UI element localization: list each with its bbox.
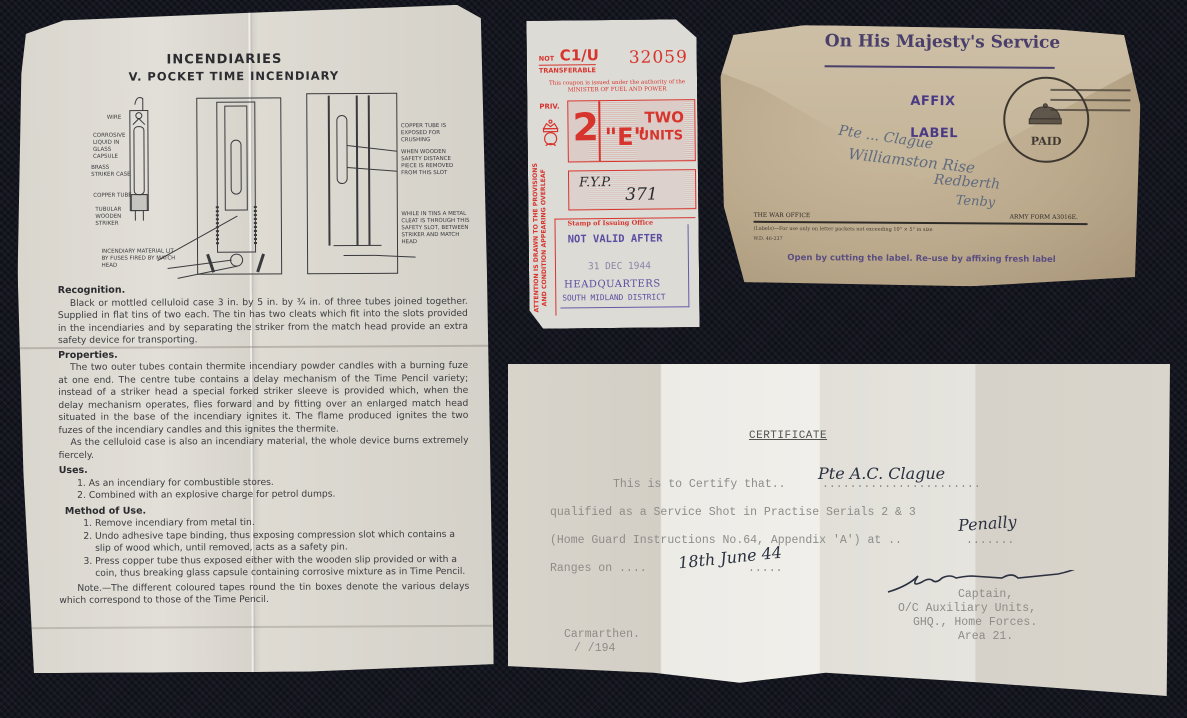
army-form-text: ARMY FORM A3016E. (1010, 214, 1078, 221)
coupon-transferable: TRANSFERABLE (539, 64, 596, 75)
label-wooden-safety: WHEN WOODEN SAFETY DISTANCE PIECE IS REM… (401, 149, 467, 177)
war-office-text: THE WAR OFFICE (754, 212, 811, 219)
affix-text: AFFIX (910, 94, 955, 109)
certificate-title: CERTIFICATE (749, 430, 827, 442)
ranges-line: Ranges on .... (550, 562, 647, 575)
vertical-notice-line-2: AND CONDITION APPEARING OVERLEAF (540, 153, 550, 323)
handwritten-place: Penally (957, 512, 1017, 535)
signatory-unit: O/C Auxiliary Units, (898, 602, 1036, 615)
certify-line: This is to Certify that.. (613, 478, 786, 491)
paid-postmark: PAID (1003, 77, 1090, 164)
signatory-area: Area 21. (958, 630, 1013, 643)
handwritten-name: Pte A.C. Clague (818, 464, 945, 483)
stamp-headquarters: HEADQUARTERS (564, 279, 661, 291)
open-instruction: Open by cutting the label. Re-use by aff… (787, 253, 1056, 265)
units-two: TWO (644, 108, 684, 126)
method-item: Press copper tube thus exposed either wi… (95, 553, 469, 580)
label-brass: BRASS STRIKER CASE (91, 165, 131, 179)
stamp-date: 31 DEC 1944 (588, 261, 651, 273)
leaflet-title: INCENDIARIES (166, 52, 282, 68)
method-item: Undo adhesive tape binding, thus exposin… (95, 528, 469, 555)
units-number: 2 (572, 107, 599, 147)
label-incendiary-material: INCENDIARY MATERIAL LIT BY FUSES FIRED B… (102, 248, 182, 269)
leaflet-subtitle: V. POCKET TIME INCENDIARY (129, 69, 340, 84)
instructions-line: (Home Guard Instructions No.64, Appendix… (550, 534, 902, 547)
footer-rule (754, 221, 1088, 225)
crown-icon (1027, 103, 1063, 127)
service-shot-certificate: CERTIFICATE This is to Certify that.. ..… (508, 364, 1170, 696)
label-copper: COPPER TUBE (93, 193, 132, 200)
incendiaries-leaflet: INCENDIARIES V. POCKET TIME INCENDIARY (16, 5, 493, 673)
qualified-line: qualified as a Service Shot in Practise … (550, 506, 916, 519)
handwritten-address-line: Redberth (933, 172, 1000, 193)
coupon-not: NOT (539, 55, 554, 63)
not-valid-after: NOT VALID AFTER (568, 232, 663, 245)
uses-list: As an incendiary for combustible stores.… (59, 475, 469, 502)
properties-text-2: As the celluloid case is also an incendi… (59, 435, 469, 462)
leaflet-note: Note.—The different coloured tapes round… (59, 580, 469, 607)
units-word: UNITS (639, 128, 684, 143)
handwritten-number: 371 (625, 185, 658, 205)
leaflet-body: Recognition. Black or mottled celluloid … (58, 283, 470, 608)
certificate-dateline: / /194 (574, 642, 615, 655)
dotted-leader: ....... (966, 534, 1014, 547)
fuel-ration-coupon: NOT C1/U TRANSFERABLE 32059 This coupon … (526, 19, 699, 329)
properties-text: The two outer tubes contain thermite inc… (58, 360, 468, 437)
coupon-priv: PRIV. (539, 103, 559, 111)
form-code: W.D. 46-237 (753, 237, 782, 242)
handwritten-box: F.Y.P. 371 (568, 169, 696, 210)
incendiary-diagram: WIRE CORROSIVE LIQUID IN GLASS CAPSULE B… (57, 87, 478, 289)
label-corrosive: CORROSIVE LIQUID IN GLASS CAPSULE (93, 133, 137, 161)
recognition-text: Black or mottled celluloid case 3 in. by… (58, 295, 468, 347)
coupon-serial: 32059 (629, 47, 688, 68)
units-box: 2 "E" TWO UNITS (567, 99, 696, 162)
handwritten-address-line: Tenby (955, 193, 995, 210)
uses-item: Combined with an explosive charge for pe… (89, 488, 469, 502)
usage-note: (Labels)—For use only on letter packets … (753, 226, 932, 233)
stamp-district: SOUTH MIDLAND DISTRICT (562, 292, 665, 302)
label-metal-cleat: WHILE IN TINS A METAL CLEAT IS THROUGH T… (401, 211, 471, 246)
handwritten-initials: F.Y.P. (579, 175, 612, 190)
issuing-office-box: Stamp of Issuing Office NOT VALID AFTER … (554, 217, 696, 315)
method-list: Remove incendiary from metal tin. Undo a… (59, 516, 469, 581)
coupon-authority: This coupon is issued under the authorit… (539, 79, 695, 94)
label-wire: WIRE (107, 115, 121, 122)
crown-icon (539, 119, 561, 149)
signatory-hq: GHQ., Home Forces. (913, 616, 1037, 629)
envelope-header: On His Majesty's Service (825, 31, 1061, 53)
label-copper-exposed: COPPER TUBE IS EXPOSED FOR CRUSHING (401, 123, 463, 144)
certificate-location: Carmarthen. (564, 628, 640, 641)
issuing-stamp: NOT VALID AFTER 31 DEC 1944 HEADQUARTERS… (560, 224, 690, 308)
ohms-envelope: On His Majesty's Service AFFIX LABEL PAI… (719, 25, 1141, 288)
paid-text: PAID (1005, 135, 1087, 149)
coupon-code: C1/U (560, 46, 599, 64)
fold-crease (20, 625, 494, 629)
signatory-rank: Captain, (958, 588, 1013, 601)
coupon-vertical-notice: ATTENTION IS DRAWN TO THE PROVISIONS AND… (532, 153, 556, 323)
label-tubular: TUBULAR WOODEN STRIKER (95, 207, 129, 228)
